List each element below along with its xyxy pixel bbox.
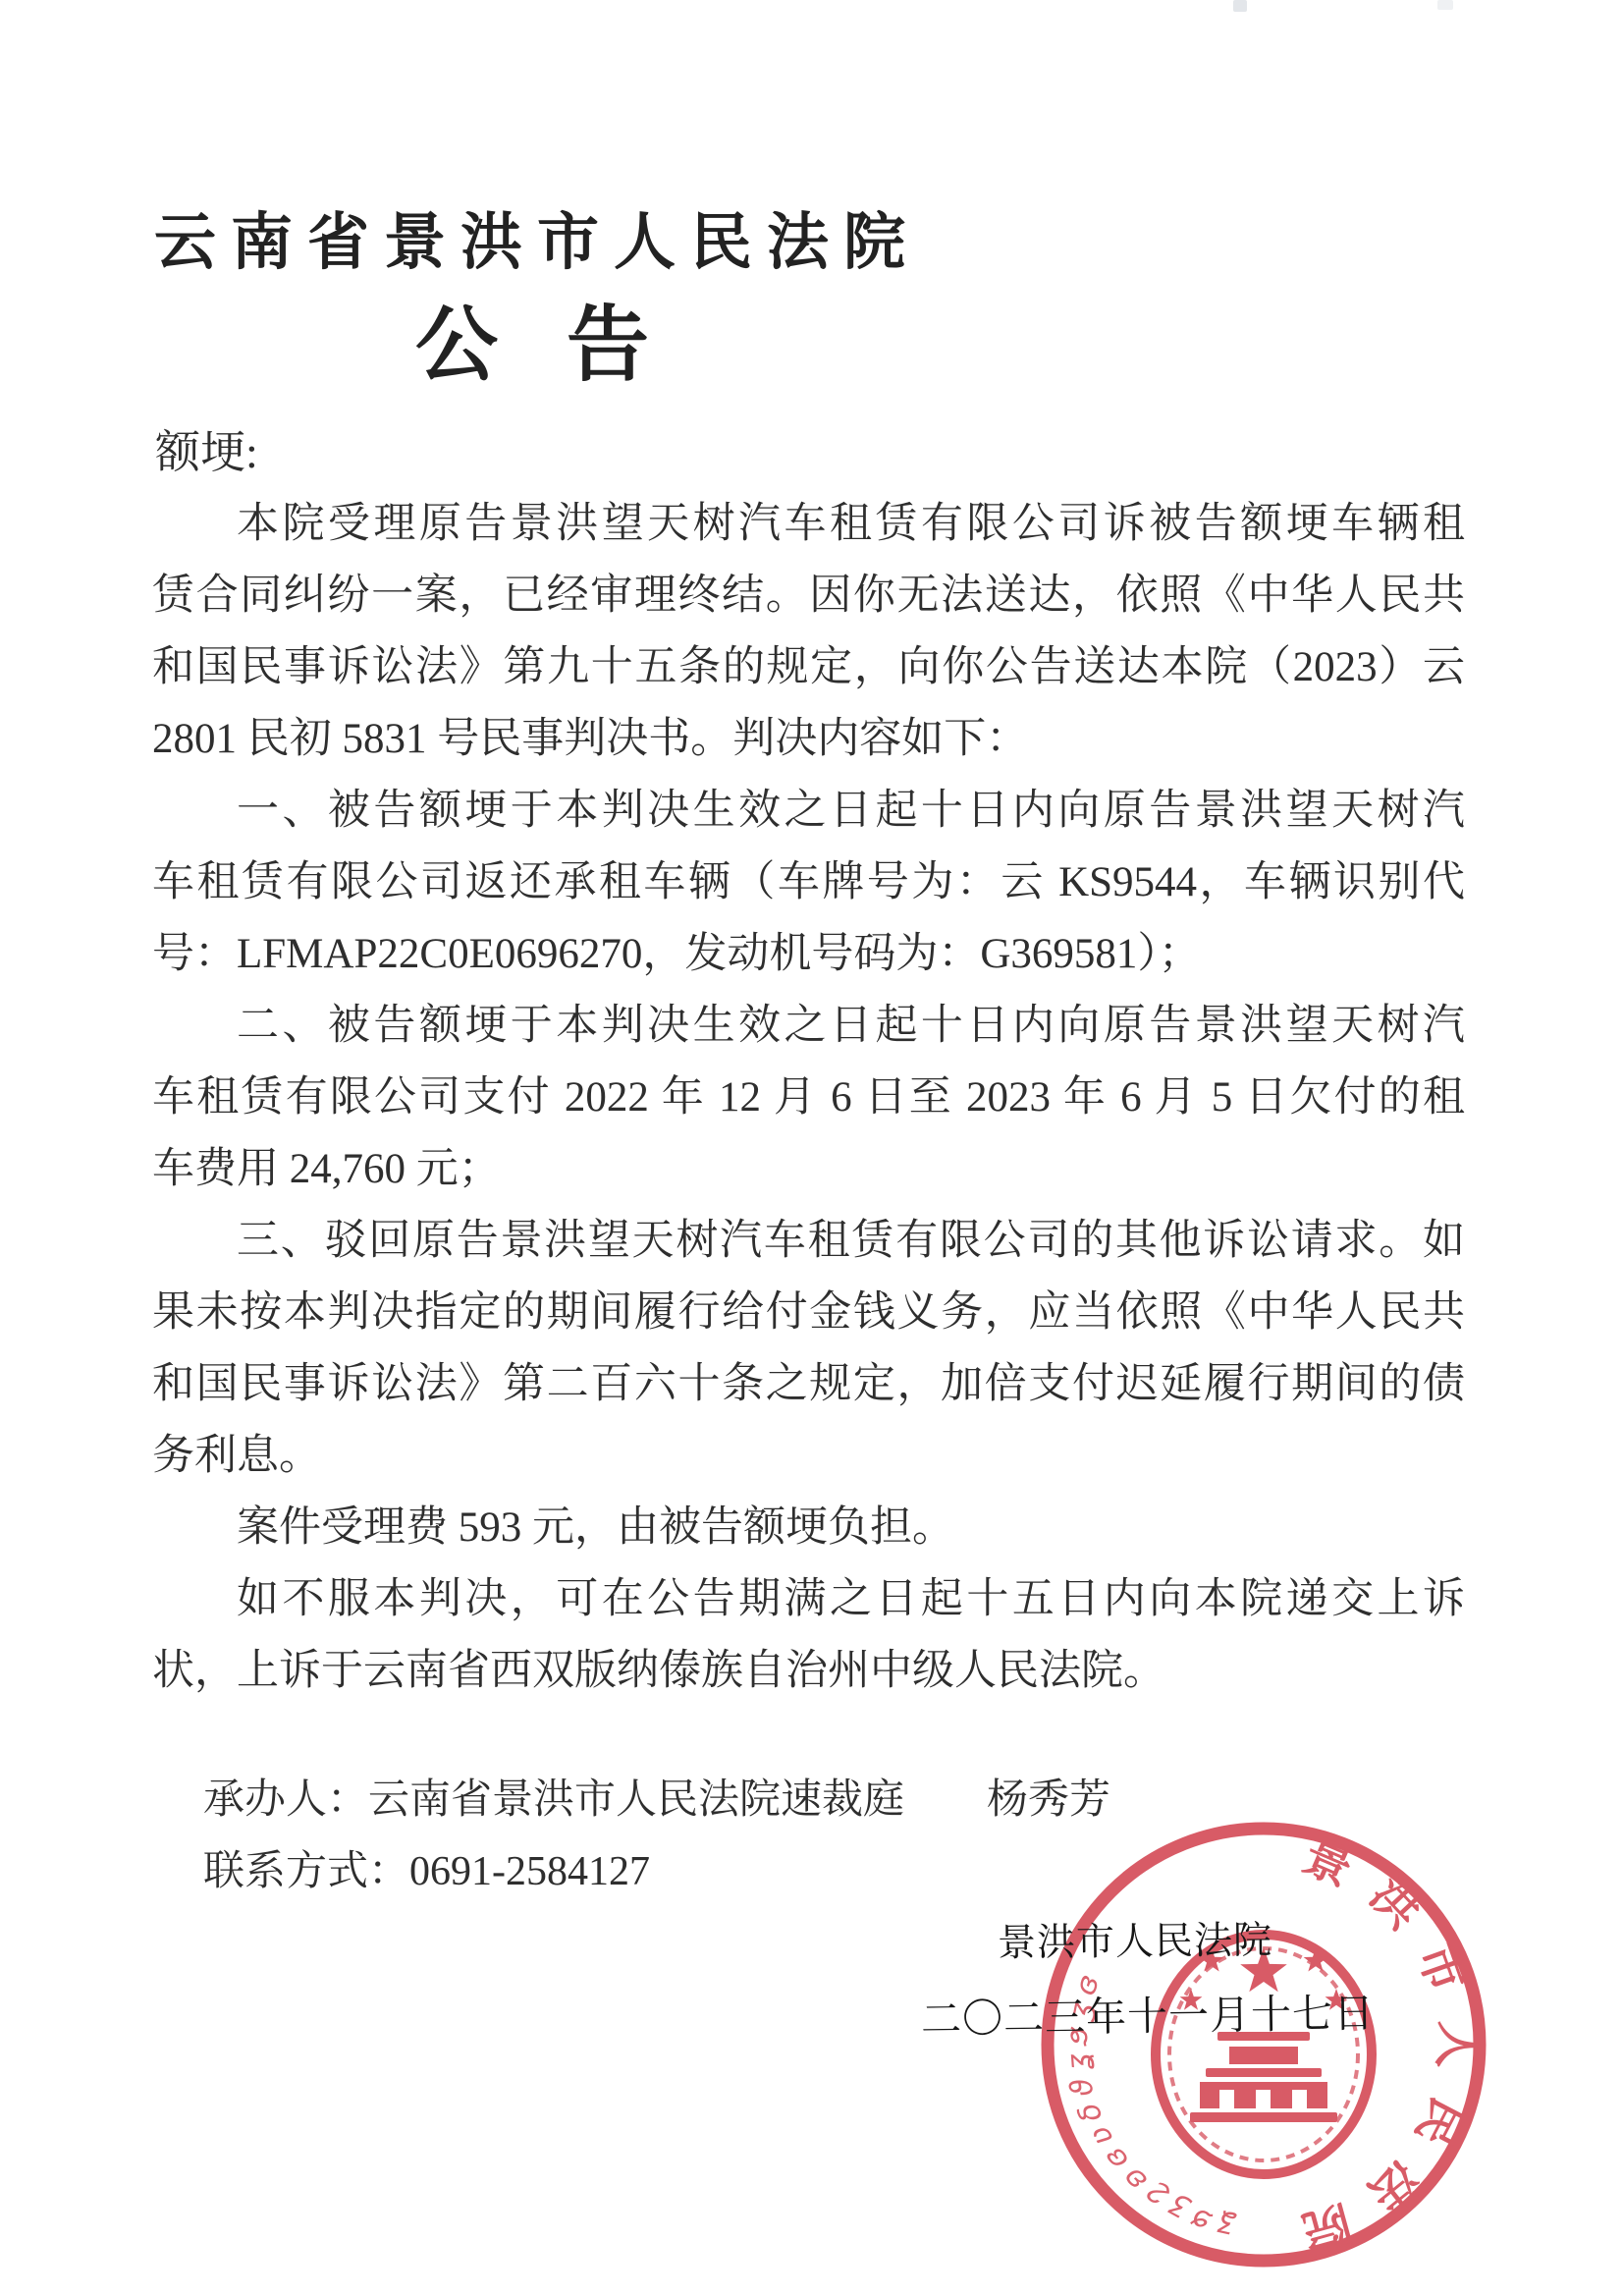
body-line: 务利息。 — [152, 1420, 1465, 1492]
court-name-title: 云南省景洪市人民法院 — [154, 192, 920, 282]
body-line: 状，上诉于云南省西双版纳傣族自治州中级人民法院。 — [152, 1635, 1465, 1707]
body-line: 车租赁有限公司支付 2022 年 12 月 6 日至 2023 年 6 月 5 … — [152, 1062, 1465, 1133]
salutation: 额埂: — [155, 416, 258, 481]
body-line: 本院受理原告景洪望天树汽车租赁有限公司诉被告额埂车辆租 — [152, 488, 1465, 560]
scan-artifact — [1437, 0, 1453, 10]
body-line: 赁合同纠纷一案，已经审理终结。因你无法送达，依照《中华人民共 — [152, 560, 1465, 631]
body-text: 本院受理原告景洪望天树汽车租赁有限公司诉被告额埂车辆租赁合同纠纷一案，已经审理终… — [152, 488, 1465, 1707]
body-line: 和国民事诉讼法》第九十五条的规定，向你公告送达本院（2023）云 — [152, 631, 1465, 703]
court-notice-document: 云南省景洪市人民法院 公告 额埂: 本院受理原告景洪望天树汽车租赁有限公司诉被告… — [0, 0, 1623, 2296]
body-line: 和国民事诉讼法》第二百六十条之规定，加倍支付迟延履行期间的债 — [152, 1348, 1465, 1420]
body-line: 车费用 24,760 元； — [152, 1133, 1465, 1205]
body-line: 车租赁有限公司返还承租车辆（车牌号为：云 KS9544，车辆识别代 — [152, 847, 1465, 918]
official-seal: 景洪市人民法院 ʓϧʒϩʚɞʋδϑʓϧʒɞ — [1031, 1812, 1496, 2277]
national-emblem-icon — [1156, 1935, 1372, 2174]
doc-title: 公告 — [415, 279, 718, 398]
body-line: 果未按本判决指定的期间履行给付金钱义务，应当依照《中华人民共 — [152, 1277, 1465, 1348]
body-line: 2801 民初 5831 号民事判决书。判决内容如下： — [152, 703, 1465, 775]
tiananmen-gate-icon — [1190, 2032, 1337, 2122]
seal-overlay-date: 二〇二三年十一月十七日 — [921, 1981, 1376, 2045]
scan-artifact — [1233, 0, 1247, 12]
body-line: 二、被告额埂于本判决生效之日起十日内向原告景洪望天树汽 — [152, 990, 1465, 1062]
body-line: 一、被告额埂于本判决生效之日起十日内向原告景洪望天树汽 — [152, 775, 1465, 847]
body-line: 案件受理费 593 元，由被告额埂负担。 — [152, 1492, 1465, 1563]
body-line: 三、驳回原告景洪望天树汽车租赁有限公司的其他诉讼请求。如 — [152, 1205, 1465, 1277]
body-line: 号：LFMAP22C0E0696270，发动机号码为：G369581）； — [152, 918, 1465, 990]
body-line: 如不服本判决，可在公告期满之日起十五日内向本院递交上诉 — [152, 1563, 1465, 1635]
handler-line: 承办人：云南省景洪市人民法院速裁庭 杨秀芳 — [203, 1767, 1110, 1826]
seal-ring-text: 景洪市人民法院 — [1272, 1830, 1484, 2264]
seal-overlay-court-name: 景洪市人民法院 — [998, 1910, 1273, 1968]
contact-line: 联系方式：0691-2584127 — [203, 1838, 650, 1897]
